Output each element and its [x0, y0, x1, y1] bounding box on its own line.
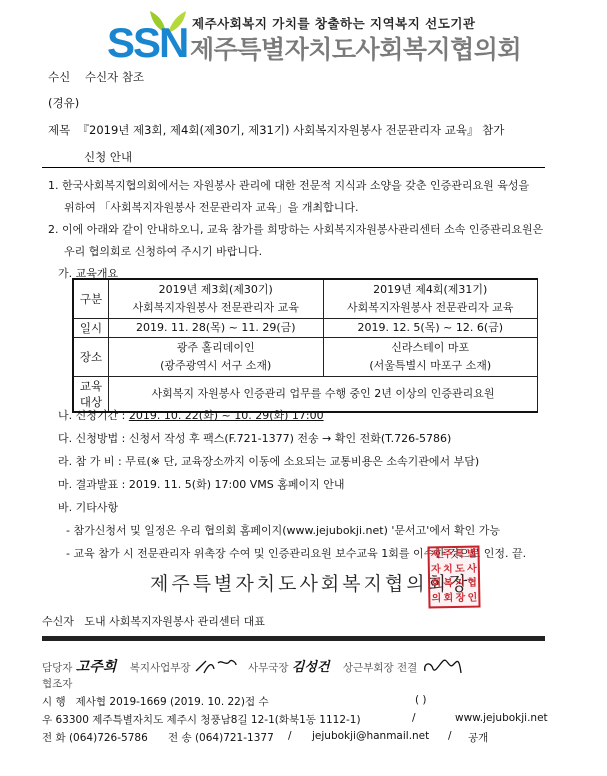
cell-line: 2019년 제3회(제30기)	[109, 281, 323, 299]
recipients-value: 도내 사회복지자원봉사 관리센터 대표	[84, 615, 265, 628]
officer-signature: 고주희	[76, 659, 117, 675]
other-notes-heading: 바. 기타사항	[58, 499, 118, 515]
enforcement-value: 제사협 2019-1669 (2019. 10. 22)	[76, 696, 245, 708]
seal-char: 특	[453, 548, 465, 563]
cell-line: 신라스테이 마포	[324, 339, 538, 357]
table-row: 일시 2019. 11. 28(목) ~ 11. 29(금) 2019. 12.…	[73, 319, 538, 338]
enforcement-line: 시 행 제사협 2019-1669 (2019. 10. 22)	[42, 694, 245, 709]
vp-label: 상근부회장 전결	[343, 662, 417, 674]
cell-line: 광주 홀리데이인	[109, 339, 323, 357]
table-cell: 2019. 12. 5(목) ~ 12. 6(금)	[323, 319, 538, 338]
application-method: 다. 신청방법 : 신청서 작성 후 팩스(F.721-1377) 전송 → 확…	[58, 430, 451, 446]
table-cell: 2019. 11. 28(목) ~ 11. 29(금)	[109, 319, 324, 338]
seal-char: 도	[454, 562, 466, 577]
header-divider	[42, 167, 545, 168]
paragraph-2: 2. 이에 아래와 같이 안내하오니, 교육 참가를 희망하는 사회복지자원봉사…	[48, 221, 543, 237]
separator: /	[288, 730, 292, 742]
table-row: 장소 광주 홀리데이인 (광주광역시 서구 소재) 신라스테이 마포 (서울특별…	[73, 338, 538, 377]
other-note-1: - 참가신청서 및 일정은 우리 협의회 홈페이지(www.jejubokji.…	[66, 522, 500, 538]
table-cell: 광주 홀리데이인 (광주광역시 서구 소재)	[109, 338, 324, 377]
paragraph-1-cont: 위하여 「사회복지자원봉사 전문관리자 교육」을 개최합니다.	[64, 199, 359, 215]
enforcement-label: 시 행	[42, 696, 66, 708]
cooperator-label: 협조자	[42, 676, 72, 691]
row-header: 장소	[73, 338, 109, 377]
phone: 전 화 (064)726-5786	[42, 730, 148, 745]
row-header: 구분	[73, 279, 109, 319]
application-period-value: 2019. 10. 22(화) ~ 10. 29(화) 17:00	[129, 409, 324, 422]
seal-char: 주	[441, 548, 453, 563]
fax: 전 송 (064)721-1377	[168, 730, 274, 745]
secgen-signature: 김성건	[292, 660, 330, 675]
website-link[interactable]: www.jejubokji.net	[455, 712, 548, 724]
recipient-line: 수신 수신자 참조	[48, 69, 144, 85]
seal-char: 자	[430, 563, 442, 578]
paragraph-1: 1. 한국사회복지협의회에서는 자원봉사 관리에 대한 전문적 지식과 소양을 …	[48, 177, 529, 193]
table-row: 구분 2019년 제3회(제30기) 사회복지자원봉사 전문관리자 교육 201…	[73, 279, 538, 319]
recipients-label: 수신자	[42, 615, 74, 628]
seal-char: 협	[466, 577, 478, 592]
row-header: 일시	[73, 319, 109, 338]
ssn-logo: SSN	[107, 22, 187, 64]
dept-head-signature-icon	[194, 657, 238, 675]
seal-char: 장	[454, 591, 466, 606]
seal-char: 회	[430, 577, 442, 592]
email-link[interactable]: jejubokji@hanmail.net	[312, 730, 429, 742]
cell-line: (광주광역시 서구 소재)	[109, 357, 323, 375]
seal-char: 지	[454, 577, 466, 592]
participation-fee: 라. 참 가 비 : 무료(※ 단, 교육장소까지 이동에 소요되는 교통비용은…	[58, 453, 479, 469]
cell-line: 사회복지자원봉사 전문관리자 교육	[324, 299, 538, 317]
subject-text: 『2019년 제3회, 제4회(제30기, 제31기) 사회복지자원봉사 전문관…	[78, 123, 505, 137]
paragraph-2-cont: 우리 협의회로 신청하여 주시기 바랍니다.	[64, 243, 262, 259]
table-cell: 2019년 제4회(제31기) 사회복지자원봉사 전문관리자 교육	[323, 279, 538, 319]
cell-line: 사회복지자원봉사 전문관리자 교육	[109, 299, 323, 317]
sender-title: 제주특별자치도사회복지협의회장	[150, 569, 470, 596]
seal-char: 치	[442, 563, 454, 578]
recipient-value: 수신자 참조	[85, 70, 144, 84]
separator: /	[412, 712, 416, 724]
subject-line: 제목 『2019년 제3회, 제4회(제30기, 제31기) 사회복지자원봉사 …	[48, 122, 504, 138]
seal-char: 별	[465, 548, 477, 563]
seal-char: 의	[430, 592, 442, 607]
seal-char: 복	[442, 577, 454, 592]
recipients-line: 수신자 도내 사회복지자원봉사 관리센터 대표	[42, 613, 265, 629]
receipt-value: ( )	[415, 694, 427, 706]
receipt-label: 접 수	[245, 694, 269, 709]
table-cell: 신라스테이 마포 (서울특별시 마포구 소재)	[323, 338, 538, 377]
dept-head-label: 복지사업부장	[130, 662, 191, 674]
org-name: 제주특별자치도사회복지협의회	[190, 30, 521, 66]
application-period-label: 나. 신청기간 :	[58, 409, 129, 422]
subject-line-2: 신청 안내	[84, 149, 132, 165]
seal-char: 사	[466, 562, 478, 577]
approval-line: 담당자 고주희 복지사업부장 사무국장 김성건 상근부회장 전결	[42, 655, 465, 677]
subject-label: 제목	[48, 123, 70, 137]
seal-char: 제	[429, 548, 441, 563]
footer-divider	[42, 636, 545, 641]
application-period: 나. 신청기간 : 2019. 10. 22(화) ~ 10. 29(화) 17…	[58, 407, 324, 423]
official-seal-icon: 제 주 특 별 자 치 도 사 회 복 지 협 의 회 장 인	[427, 546, 480, 609]
secgen-label: 사무국장	[248, 662, 289, 674]
cell-line: 교육	[74, 378, 108, 394]
cell-line: 2019년 제4회(제31기)	[324, 281, 538, 299]
address: 우 63300 제주특별자치도 제주시 청풍남8길 12-1(화북1동 1112…	[42, 712, 361, 727]
via-line: (경유)	[48, 95, 79, 111]
table-cell: 2019년 제3회(제30기) 사회복지자원봉사 전문관리자 교육	[109, 279, 324, 319]
recipient-label: 수신	[48, 70, 70, 84]
seal-char: 인	[466, 591, 478, 606]
result-announcement: 마. 결과발표 : 2019. 11. 5(화) 17:00 VMS 홈페이지 …	[58, 476, 344, 492]
cell-line: (서울특별시 마포구 소재)	[324, 357, 538, 375]
officer-label: 담당자	[42, 662, 72, 674]
disclosure-status: 공개	[468, 730, 488, 745]
seal-char: 회	[442, 591, 454, 606]
separator: /	[448, 730, 452, 742]
education-overview-table: 구분 2019년 제3회(제30기) 사회복지자원봉사 전문관리자 교육 201…	[72, 278, 538, 413]
vp-signature-icon	[421, 655, 465, 677]
